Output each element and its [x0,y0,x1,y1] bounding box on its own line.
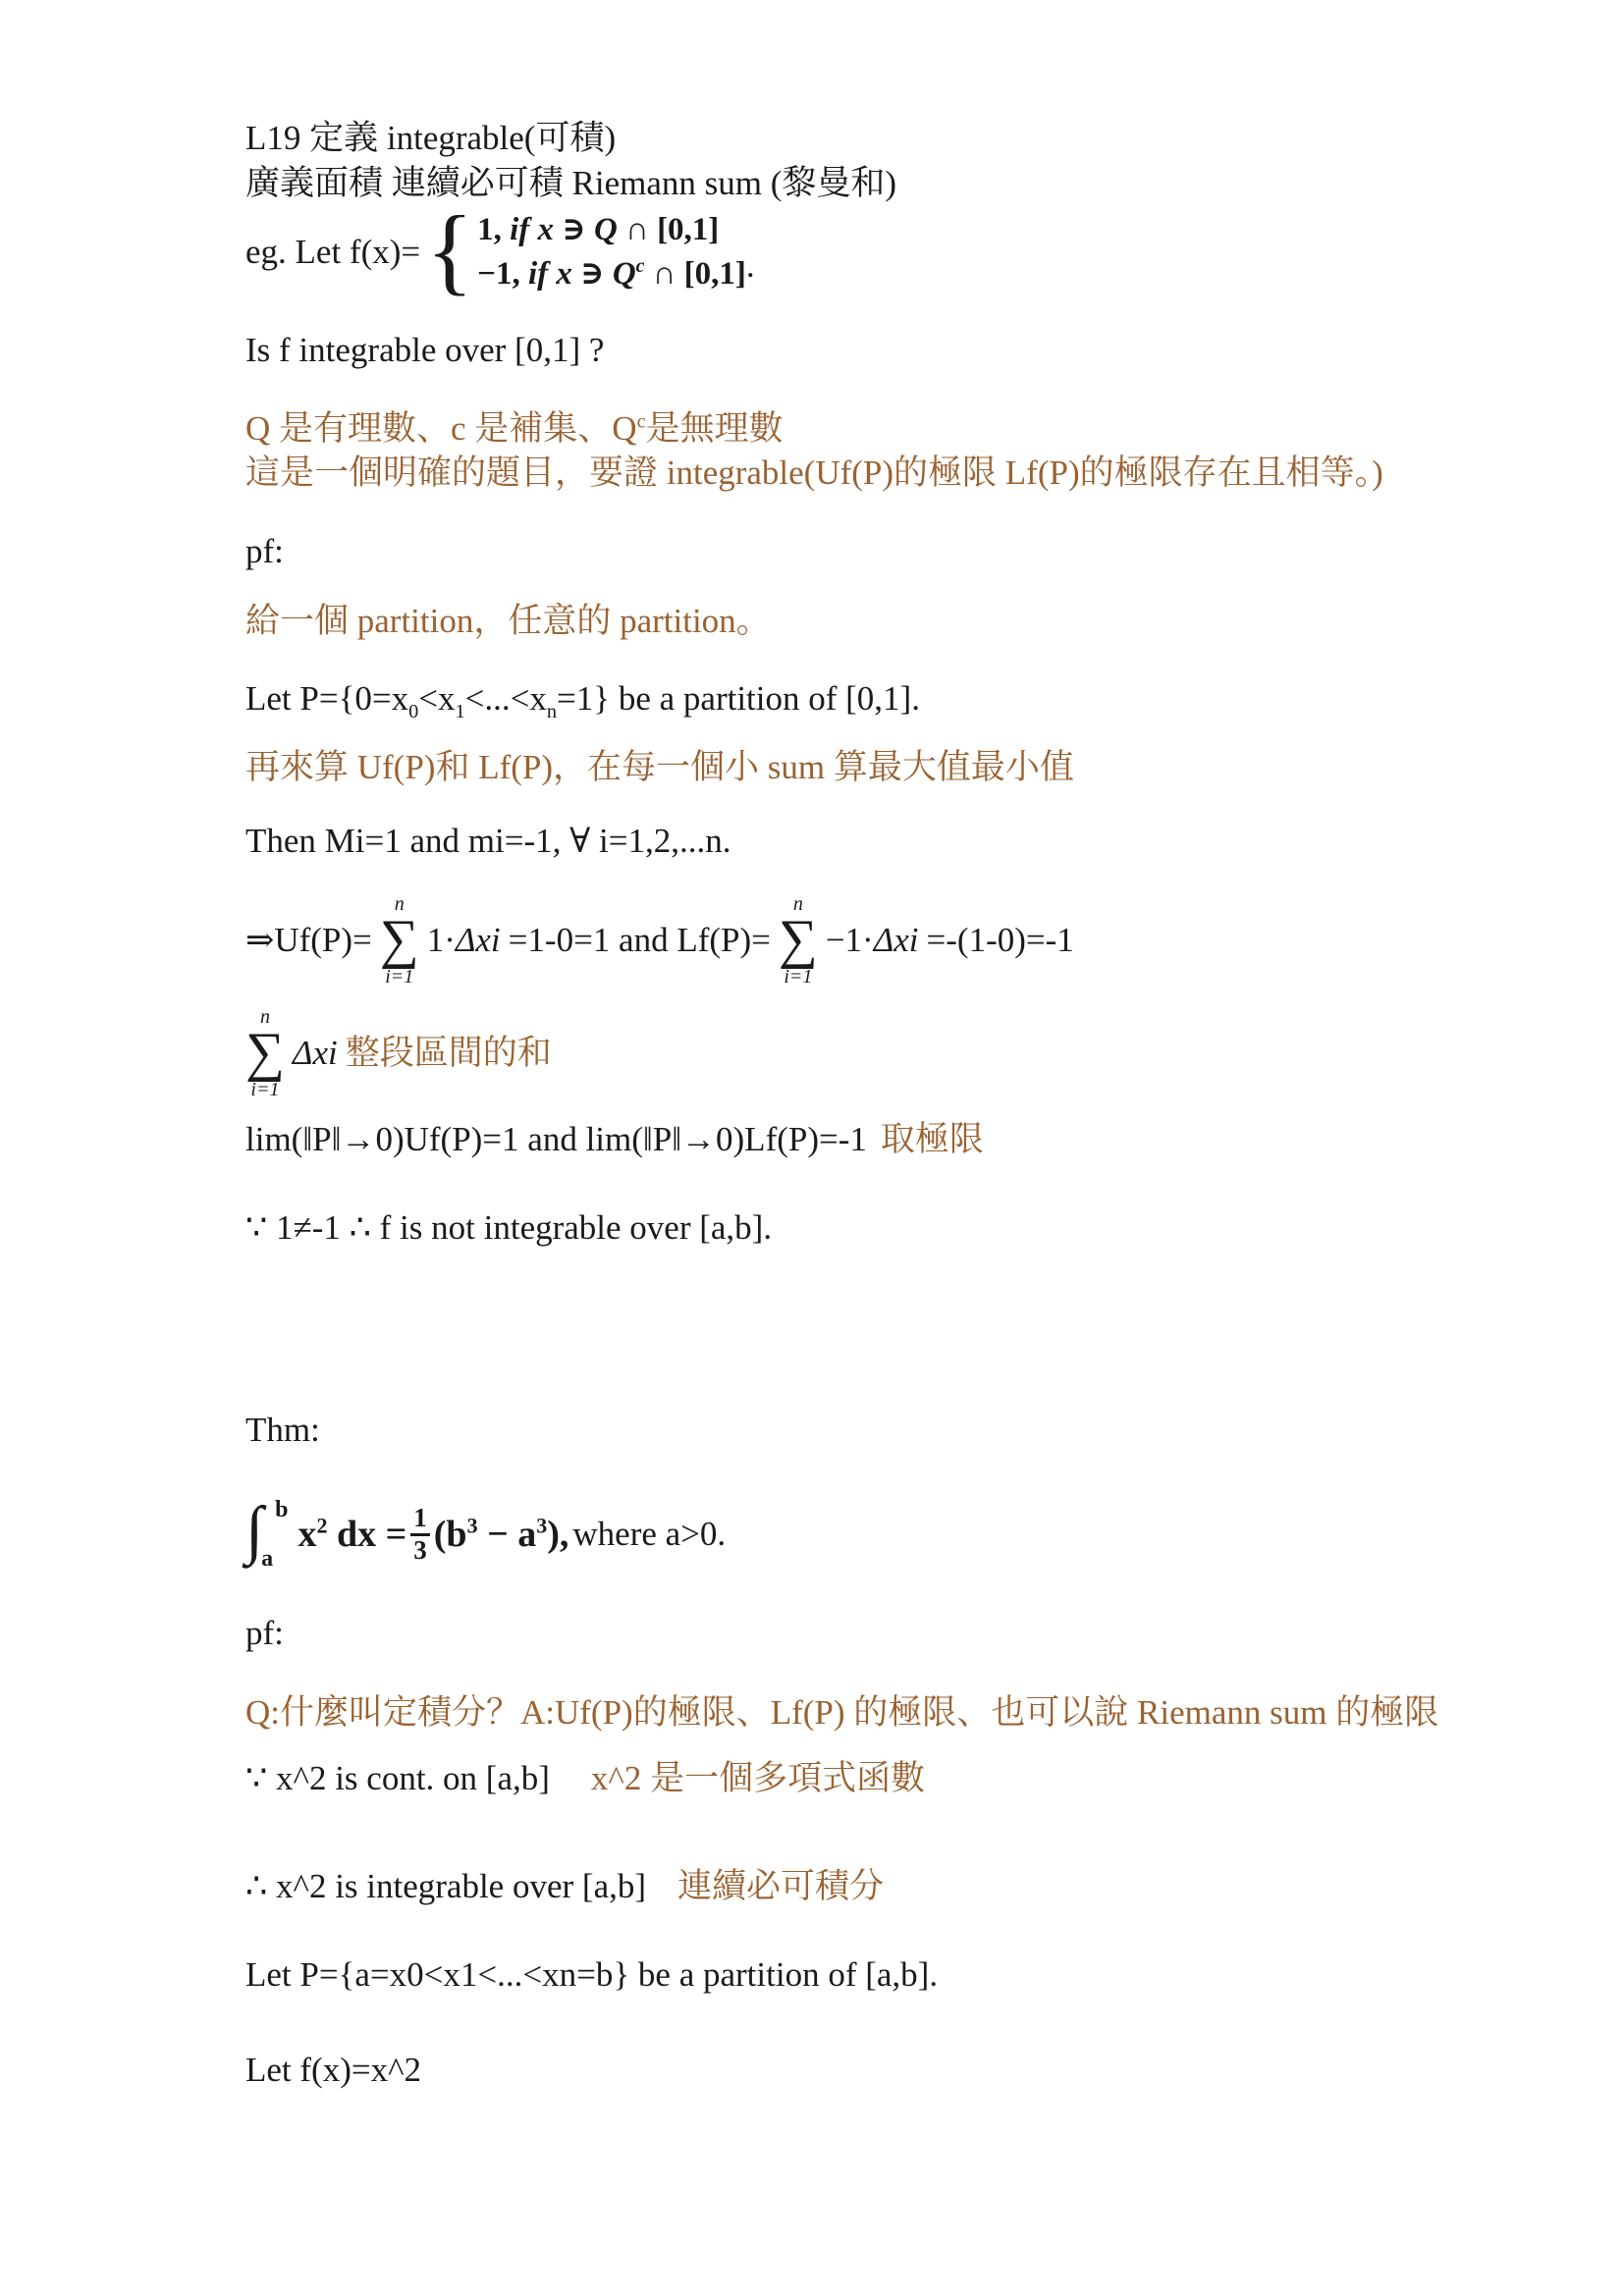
seg: Q [594,212,618,247]
complement-superscript: c [637,410,646,432]
one-third-fraction: 13 [410,1505,430,1564]
sentence-period: . [746,245,755,286]
summation-symbol: n∑i=1 [779,894,818,986]
numerator: 1 [410,1505,430,1536]
seg: 是無理數 [646,409,784,448]
summation-symbol: n∑i=1 [245,1007,285,1098]
because-continuous-line: ∵ x^2 is cont. on [a,b]x^2 是一個多項式函數 [245,1758,925,1798]
title-line-2: 廣義面積 連續必可積 Riemann sum (黎曼和) [245,163,896,203]
term-2: −1·Δxi [826,920,919,960]
seg: Q 是有理數、c 是補集、Q [245,409,637,448]
lecture-notes-page: L19 定義 integrable(可積) 廣義面積 連續必可積 Riemann… [0,0,1624,2296]
annotation-take-limit: 取極限 [881,1120,984,1158]
annotation-compute-uf-lf: 再來算 Uf(P)和 Lf(P)，在每一個小 sum 算最大值最小值 [245,747,1074,787]
seg: Q [613,256,636,292]
piecewise-cases: 1, if x ∋ Q ∩ [0,1]−1, if x ∋ Qc ∩ [0,1] [477,208,746,295]
exponent-3: 3 [536,1513,547,1537]
sum-interval-note: n∑i=1 Δxi 整段區間的和 [245,999,552,1107]
seg: − a [478,1514,537,1555]
annotation-continuous-integrable: 連續必可積分 [677,1867,884,1905]
seg: ∵ x^2 is cont. on [a,b] [245,1759,550,1797]
seg: Δxi [456,921,501,959]
example-piecewise-definition: eg. Let f(x)={1, if x ∋ Q ∩ [0,1]−1, if … [245,201,755,303]
case-row-1: 1, if x ∋ Q ∩ [0,1] [477,208,746,252]
integral-symbol: ∫ [245,1498,263,1563]
eg-prefix: eg. Let f(x)= [245,232,420,272]
denominator: 3 [413,1536,427,1565]
seg: <x [418,679,455,718]
seg: dx = [327,1514,406,1555]
seg: ), [547,1514,568,1555]
seg: ∴ x^2 is integrable over [a,b] [245,1867,646,1905]
element-of-symbol: ∋ [580,256,613,292]
sum-lower-limit: i=1 [784,967,812,987]
integrand: x2 dx = [298,1513,406,1557]
seg: x [298,1514,316,1555]
annotation-polynomial: x^2 是一個多項式函數 [591,1759,925,1797]
seg: ∩ [0,1] [644,256,745,292]
seg: −1· [826,921,874,959]
question-line: Is f integrable over [0,1] ? [245,330,604,370]
theorem-label: Thm: [245,1410,320,1450]
cubes-difference: (b3 − a3), [434,1513,569,1557]
term-1: 1·Δxi [427,920,501,960]
annotation-whole-interval-sum: 整段區間的和 [346,1033,552,1073]
title-line-1: L19 定義 integrable(可積) [245,118,616,158]
annotation-rational-sets: Q 是有理數、c 是補集、Qc是無理數 [245,408,784,449]
seg: =-(1-0)=-1 [927,920,1074,960]
seg: ∩ [0,1] [618,212,719,247]
seg: Let P={0=x [245,679,408,718]
partition-line-2: Let P={a=x0<x1<...<xn=b} be a partition … [245,1954,938,1995]
case-row-2: −1, if x ∋ Qc ∩ [0,1] [477,252,746,296]
annotation-definite-integral-q: Q:什麼叫定積分？A:Uf(P)的極限、Lf(P) 的極限、也可以說 Riema… [245,1692,1438,1733]
sigma-glyph: ∑ [245,1027,285,1079]
integral-limits: ba [263,1498,288,1571]
proof-label-2: pf: [245,1613,284,1653]
seg: =1-0=1 and Lf(P)= [509,920,771,960]
limit-line: lim(‖P‖→0)Uf(P)=1 and lim(‖P‖→0)Lf(P)=-1… [245,1119,984,1159]
seg: if x [502,212,562,247]
subscript-n: n [547,701,557,722]
let-f-line: Let f(x)=x^2 [245,2050,421,2090]
therefore-integrable-line: ∴ x^2 is integrable over [a,b]連續必可積分 [245,1866,884,1906]
lower-limit-a: a [261,1547,288,1571]
sum-lower-limit: i=1 [250,1080,279,1099]
seg: Δxi [874,921,919,959]
exponent-3: 3 [467,1513,478,1537]
seg: =1} be a partition of [0,1]. [557,679,920,718]
sigma-glyph: ∑ [779,914,818,966]
seg: <...<x [465,679,547,718]
theorem-integral-formula: ∫ ba x2 dx = 13 (b3 − a3), where a>0. [245,1490,726,1578]
delta-x-term: Δxi [293,1033,338,1073]
annotation-problem-goal: 這是一個明確的題目，要證 integrable(Uf(P)的極限 Lf(P)的極… [245,453,1383,493]
left-brace: { [426,211,473,290]
sigma-glyph: ∑ [380,914,419,966]
seg: 1· [427,921,456,959]
seg: (b [434,1514,467,1555]
exponent-2: 2 [316,1513,327,1537]
element-of-symbol: ∋ [562,212,594,247]
upper-limit-b: b [275,1498,288,1522]
partition-line-1: Let P={0=x0<x1<...<xn=1} be a partition … [245,678,920,724]
summation-symbol: n∑i=1 [380,894,419,986]
subscript-1: 1 [456,701,465,722]
subscript-0: 0 [408,701,418,722]
where-clause: where a>0. [572,1514,726,1554]
annotation-partition: 給一個 partition，任意的 partition。 [245,601,771,641]
then-mi-line: Then Mi=1 and mi=-1, ∀ i=1,2,...n. [245,821,731,861]
proof-label-1: pf: [245,531,284,571]
seg: ⇒Uf(P)= [245,920,372,960]
conclusion-not-integrable: ∵ 1≠-1 ∴ f is not integrable over [a,b]. [245,1207,772,1248]
seg: if x [520,256,580,292]
sum-lower-limit: i=1 [385,967,413,987]
seg: −1, [477,256,520,292]
seg: 1, [477,212,502,247]
seg: lim(‖P‖→0)Uf(P)=1 and lim(‖P‖→0)Lf(P)=-1 [245,1120,867,1158]
uf-lf-sum-equation: ⇒Uf(P)= n∑i=1 1·Δxi =1-0=1 and Lf(P)= n∑… [245,886,1074,994]
